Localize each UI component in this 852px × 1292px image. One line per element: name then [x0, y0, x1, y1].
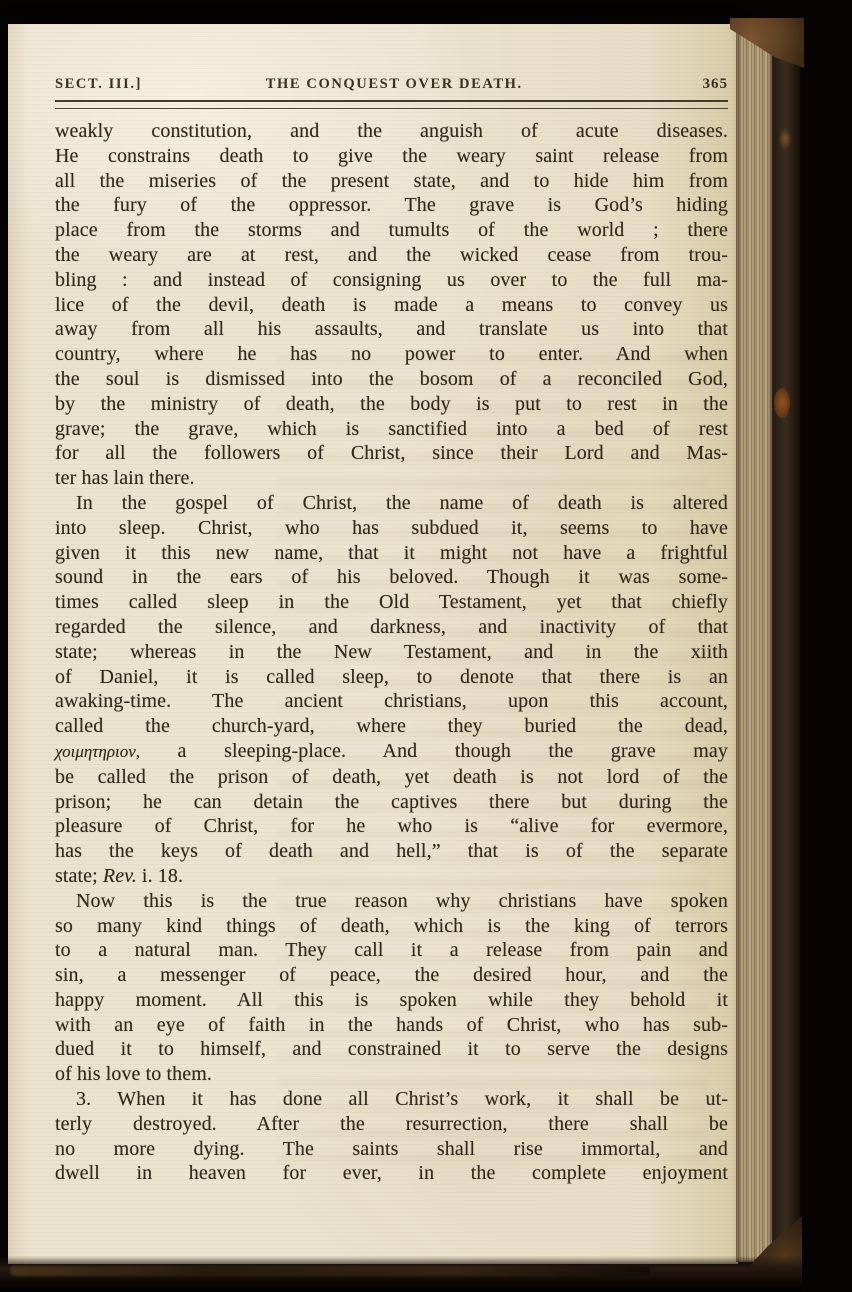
text-line: the soul is dismissed into the bosom of … [55, 367, 728, 392]
page-number: 365 [703, 76, 729, 93]
text-line: regarded the silence, and darkness, and … [55, 615, 728, 640]
text-line: the fury of the oppressor. The grave is … [55, 193, 728, 218]
text-line: happy moment. All this is spoken while t… [55, 988, 728, 1013]
book-fore-edge-pages [736, 30, 774, 1262]
text-line: dwell in heaven for ever, in the complet… [55, 1161, 728, 1186]
text-line: place from the storms and tumults of the… [55, 218, 728, 243]
text-line: He constrains death to give the weary sa… [55, 144, 728, 169]
text-line: all the miseries of the present state, a… [55, 169, 728, 194]
book-cover-bottom-highlight [10, 1266, 650, 1276]
text-line: has the keys of death and hell,” that is… [55, 839, 728, 864]
text-line: state; whereas in the New Testament, and… [55, 640, 728, 665]
greek-word: χοιμητηριον, [55, 742, 140, 761]
text-line: with an eye of faith in the hands of Chr… [55, 1013, 728, 1038]
text-line: awaking-time. The ancient christians, up… [55, 689, 728, 714]
text-line: χοιμητηριον, a sleeping-place. And thoug… [55, 739, 728, 765]
text-line: lice of the devil, death is made a means… [55, 293, 728, 318]
text-line: 3. When it has done all Christ’s work, i… [55, 1087, 728, 1112]
text-line: terly destroyed. After the resurrection,… [55, 1112, 728, 1137]
text-line: given it this new name, that it might no… [55, 541, 728, 566]
text-line: state; Rev. i. 18. [55, 864, 728, 889]
scanned-book-photo: SECT. III.] THE CONQUEST OVER DEATH. 365… [0, 0, 852, 1292]
text-line: sin, a messenger of peace, the desired h… [55, 963, 728, 988]
page-header: SECT. III.] THE CONQUEST OVER DEATH. 365 [55, 76, 728, 93]
text-line: Now this is the true reason why christia… [55, 889, 728, 914]
text-line: times called sleep in the Old Testament,… [55, 590, 728, 615]
text-line: grave; the grave, which is sanctified in… [55, 417, 728, 442]
text-line: bling : and instead of consigning us ove… [55, 268, 728, 293]
book-cover-right-edge [772, 24, 802, 1274]
text-line: dued it to himself, and constrained it t… [55, 1037, 728, 1062]
text-line: sound in the ears of his beloved. Though… [55, 565, 728, 590]
text-line: into sleep. Christ, who has subdued it, … [55, 516, 728, 541]
text-line: In the gospel of Christ, the name of dea… [55, 491, 728, 516]
leather-wear-spot [774, 388, 790, 418]
text-line: no more dying. The saints shall rise imm… [55, 1137, 728, 1162]
text-line: of his love to them. [55, 1062, 728, 1087]
text-line: to a natural man. They call it a release… [55, 938, 728, 963]
printed-content: SECT. III.] THE CONQUEST OVER DEATH. 365… [55, 24, 728, 1186]
text-line: ter has lain there. [55, 466, 728, 491]
book-page: SECT. III.] THE CONQUEST OVER DEATH. 365… [8, 24, 738, 1264]
text-line: be called the prison of death, yet death… [55, 765, 728, 790]
text-line: for all the followers of Christ, since t… [55, 441, 728, 466]
text-line: called the church-yard, where they burie… [55, 714, 728, 739]
leather-wear-spot [778, 128, 792, 150]
text-line: the weary are at rest, and the wicked ce… [55, 243, 728, 268]
text-line: prison; he can detain the captives there… [55, 790, 728, 815]
text-line: of Daniel, it is called sleep, to denote… [55, 665, 728, 690]
text-line: weakly constitution, and the anguish of … [55, 119, 728, 144]
header-double-rule [55, 100, 728, 109]
text-line: pleasure of Christ, for he who is “alive… [55, 814, 728, 839]
text-line: so many kind things of death, which is t… [55, 914, 728, 939]
text-body: weakly constitution, and the anguish of … [55, 119, 728, 1186]
text-line: by the ministry of death, the body is pu… [55, 392, 728, 417]
text-line: country, where he has no power to enter.… [55, 342, 728, 367]
running-title: THE CONQUEST OVER DEATH. [114, 76, 674, 93]
text-line: away from all his assaults, and translat… [55, 317, 728, 342]
